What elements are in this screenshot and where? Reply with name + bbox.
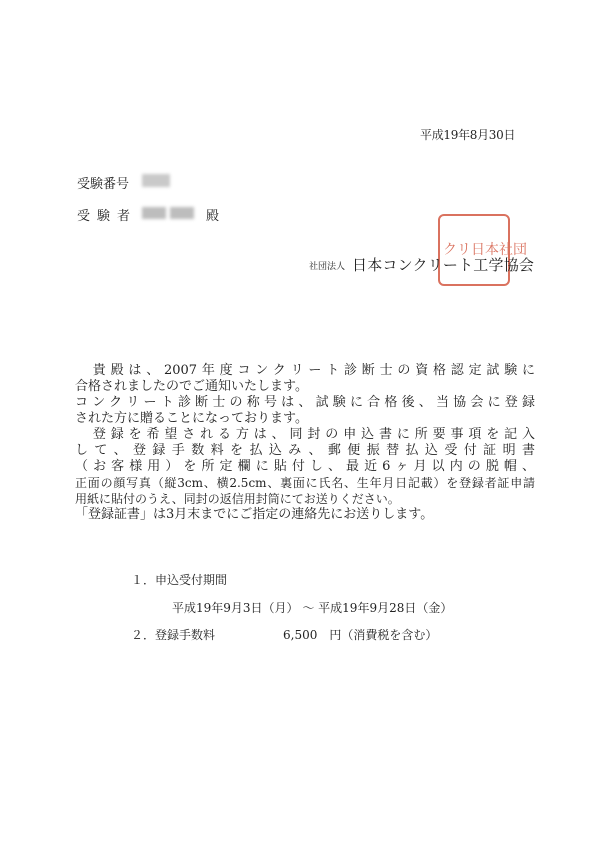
body-line: 貴殿は、2007年度コンクリート診断士の資格認定試験に — [75, 363, 535, 379]
body-line: 「登録証書」は3月末までにご指定の連絡先にお送りします。 — [75, 507, 535, 523]
issue-date: 平成19年8月30日 — [420, 126, 515, 143]
exam-number-redacted — [142, 174, 170, 187]
body-line: 用紙に貼付のうえ、同封の返信用封筒にてお送りください。 — [75, 491, 535, 507]
organization-prefix: 社団法人 — [309, 259, 345, 272]
application-period-label: １．申込受付期間 — [131, 571, 227, 588]
body-line: コンクリート診断士の称号は、試験に合格後、当協会に登録 — [75, 395, 535, 411]
letter-body: 貴殿は、2007年度コンクリート診断士の資格認定試験に 合格されましたのでご通知… — [75, 363, 535, 523]
body-line: 合格されましたのでご通知いたします。 — [75, 379, 535, 395]
body-line: 登録を希望される方は、同封の申込書に所要事項を記入 — [75, 427, 535, 443]
body-line: 正面の顔写真（縦3cm、横2.5cm、裏面に氏名、生年月日記載）を登録者証申請 — [75, 475, 535, 491]
candidate-label: 受験者 — [77, 205, 137, 224]
honorific: 殿 — [206, 205, 219, 224]
registration-fee-label: ２．登録手数料 — [131, 626, 215, 643]
application-period-value: 平成19年9月3日（月） ～ 平成19年9月28日（金） — [172, 599, 452, 616]
body-line: して、登録手数料を払込み、郵便振替払込受付証明書 — [75, 443, 535, 459]
candidate-name-redacted — [170, 207, 194, 219]
organization-name: 日本コンクリート工学協会 — [352, 254, 534, 275]
exam-number-label: 受験番号 — [77, 173, 129, 192]
registration-fee-value: 6,500 円（消費税を含む） — [283, 626, 437, 643]
organization-seal-icon: 社団 日本 クリ — [438, 214, 510, 286]
candidate-name-redacted — [142, 207, 166, 219]
body-line: された方に贈ることになっております。 — [75, 411, 535, 427]
body-line: （お客様用）を所定欄に貼付し、最近6ヶ月以内の脱帽、 — [75, 459, 535, 475]
